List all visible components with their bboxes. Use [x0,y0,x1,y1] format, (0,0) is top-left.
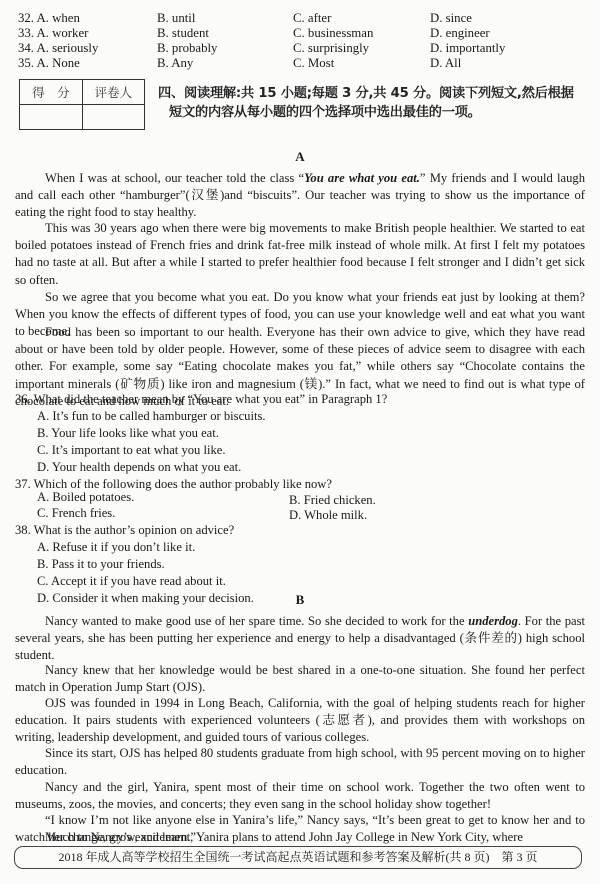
passage-a-paragraph-1: When I was at school, our teacher told t… [15,170,585,222]
emphasis-quote: You are what you eat. [304,171,420,185]
option-row-35: 35. A. None B. Any C. Most D. All [0,56,600,71]
passage-a-title: A [0,149,600,165]
question-option: D. Whole milk. [289,507,367,524]
score-label: 得 分 [20,80,83,105]
page-number: 第 3 页 [501,850,537,864]
question-option: B. Your life looks like what you eat. [37,425,219,442]
question-option: A. Boiled potatoes. [37,489,134,506]
emphasis-word: underdog [468,614,518,628]
question-stem: 36. What did the teacher mean by “You ar… [15,391,387,408]
question-option: C. It’s important to eat what you like. [37,442,226,459]
page-footer: 2018 年成人高等学校招生全国统一考试高起点英语试题和参考答案及解析(共 8 … [14,846,582,869]
question-option: D. Your health depends on what you eat. [37,459,241,476]
passage-b-title: B [0,592,600,608]
grader-label: 评卷人 [82,80,144,105]
question-stem: 38. What is the author’s opinion on advi… [15,522,234,539]
grader-value [82,105,144,130]
question-option: B. Pass it to your friends. [37,556,165,573]
footer-title: 2018 年成人高等学校招生全国统一考试高起点英语试题和参考答案及解析(共 8 … [58,850,489,864]
score-box: 得 分 评卷人 [19,79,145,130]
question-option: A. Refuse it if you don’t like it. [37,539,195,556]
passage-b-paragraph-2: Nancy knew that her knowledge would be b… [15,662,585,696]
option-row-33: 33. A. worker B. student C. businessman … [0,26,600,41]
option-row-34: 34. A. seriously B. probably C. surprisi… [0,41,600,56]
question-option: C. French fries. [37,505,115,522]
question-option: C. Accept it if you have read about it. [37,573,226,590]
section-instruction: 四、阅读理解:共 15 小题;每题 3 分,共 45 分。阅读下列短文,然后根据… [158,84,574,122]
passage-a-paragraph-2: This was 30 years ago when there were bi… [15,220,585,289]
score-value [20,105,83,130]
passage-b-paragraph-1: Nancy wanted to make good use of her spa… [15,613,585,665]
passage-b-paragraph-7: Much to Nancy’s excitement, Yanira plans… [15,829,585,846]
passage-b-paragraph-5: Nancy and the girl, Yanira, spent most o… [15,779,585,813]
passage-b-paragraph-4: Since its start, OJS has helped 80 stude… [15,745,585,779]
passage-b-paragraph-3: OJS was founded in 1994 in Long Beach, C… [15,695,585,747]
option-row-32: 32. A. when B. until C. after D. since [0,11,600,26]
question-option: A. It’s fun to be called hamburger or bi… [37,408,266,425]
